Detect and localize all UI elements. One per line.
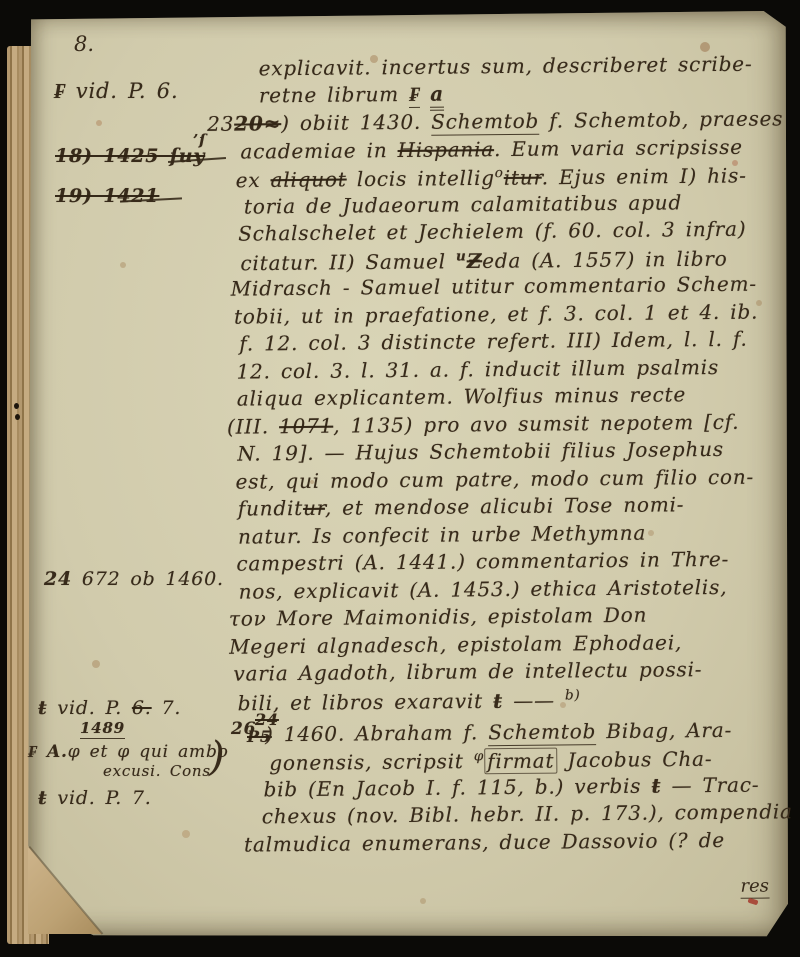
text-segment: aliquot [270, 167, 346, 192]
text-segment: chexus (nov. Bibl. hebr. II. p. 173.), c… [262, 799, 793, 828]
text-segment: 23 [207, 112, 234, 136]
text-segment: gonensis, scripsit [269, 749, 474, 775]
text-segment: ₣ [409, 82, 420, 108]
text-segment: Jacobus Cha- [557, 747, 712, 772]
text-segment: (III. [227, 414, 279, 438]
text-segment: u [456, 248, 467, 264]
text-segment: o [495, 165, 504, 181]
text-segment: natur. Is confecit in urbe Methymna [238, 521, 646, 549]
manuscript-line: Schalschelet et Jechielem (f. 60. col. 3… [238, 219, 746, 245]
text-segment: varia Agadoth, librum de intellectu poss… [233, 657, 702, 685]
manuscript-line: explicavit. incertus sum, describeret sc… [259, 54, 753, 80]
text-segment: Hispania [398, 137, 495, 162]
text-segment: Schalschelet et Jechielem (f. 60. col. 3… [238, 217, 746, 246]
text-segment: τον More Maimonidis, epistolam Don [229, 603, 648, 631]
manuscript-line: f. 12. col. 3 distincte refert. III) Ide… [239, 329, 747, 355]
manuscript-line: 2320≈) obiit 1430. Schemtob f. Schemtob,… [207, 108, 783, 135]
manuscript-line: bib (En Jacob I. f. 115, b.) verbis ŧ — … [263, 775, 759, 801]
text-segment: locis intellig [347, 166, 495, 191]
manuscript-line: Megeri algnadesch, epistolam Ephodaei, [229, 632, 682, 657]
text-segment: bili, et libros exaravit [238, 689, 494, 715]
text-segment: b) [565, 687, 581, 703]
manuscript-line: funditur, et mendose alicubi Tose nomi- [238, 494, 685, 519]
manuscript-line: tobii, ut in praefatione, et f. 3. col. … [234, 302, 758, 328]
manuscript-line: Midrasch - Samuel utitur commentario Sch… [231, 274, 757, 300]
manuscript-text-block: res explicavit. incertus sum, describere… [0, 0, 800, 957]
manuscript-line: gonensis, scripsit φfirmat Jacobus Cha- [269, 747, 712, 774]
manuscript-line: toria de Judaeorum calamitatibus apud [244, 192, 682, 217]
catchword: res [740, 876, 769, 899]
text-segment: campestri (A. 1441.) commentarios in Thr… [236, 547, 729, 576]
text-segment: Schemtob [431, 109, 539, 136]
text-segment: —— [503, 688, 565, 713]
manuscript-line: varia Agadoth, librum de intellectu poss… [233, 659, 702, 684]
text-segment: a [430, 82, 444, 111]
ink-dot [14, 403, 19, 409]
text-segment: bib (En Jacob I. f. 115, b.) verbis [263, 774, 651, 802]
manuscript-line: academiae in Hispania. Eum varia scripsi… [240, 137, 743, 163]
text-segment: tobii, ut in praefatione, et f. 3. col. … [234, 300, 758, 329]
manuscript-line: natur. Is confecit in urbe Methymna [238, 523, 646, 548]
text-segment: Ƶ [467, 249, 483, 273]
text-segment: nos, explicavit (A. 1453.) ethica Aristo… [239, 575, 728, 604]
text-segment: firmat [484, 747, 557, 774]
text-segment: ex [236, 168, 271, 192]
text-segment: toria de Judaeorum calamitatibus apud [244, 190, 682, 218]
text-segment: eda (A. 1557) in libro [482, 247, 728, 273]
text-segment: academiae in [240, 138, 397, 164]
text-segment: N. 19]. — Hujus Schemtobii filius Joseph… [237, 437, 724, 466]
scanned-manuscript: 8. ₣ vid. P. 6.18) 1425 ſuy’ſ19) 142124 … [0, 0, 800, 957]
text-segment: 1071 [279, 414, 333, 439]
text-segment: ŧ [651, 774, 661, 798]
text-segment: Bibag, Ara- [596, 718, 732, 743]
text-segment: Midrasch - Samuel utitur commentario Sch… [231, 272, 757, 301]
text-segment: ) obiit 1430. [281, 110, 431, 135]
ink-dot [15, 414, 20, 420]
manuscript-line: talmudica enumerans, duce Dassovio (? de [244, 830, 725, 856]
manuscript-line: retne librum ₣ a [259, 84, 444, 107]
manuscript-line: citatur. II) Samuel uƵeda (A. 1557) in l… [240, 247, 727, 274]
text-segment: est, qui modo cum patre, modo cum filio … [235, 465, 754, 494]
text-segment: retne librum [259, 82, 410, 107]
text-segment: , 1135) pro avo sumsit nepotem [cf. [333, 410, 739, 438]
text-segment [420, 82, 430, 106]
text-segment: ) 1460. Abraham f. [265, 720, 488, 746]
text-segment: φ [474, 748, 484, 764]
text-segment: citatur. II) Samuel [240, 249, 456, 275]
text-segment: f. 12. col. 3 distincte refert. III) Ide… [239, 327, 748, 356]
text-segment: talmudica enumerans, duce Dassovio (? de [244, 828, 725, 857]
text-segment: 12. col. 3. l. 31. a. f. inducit illum p… [236, 355, 719, 384]
text-segment: — Trac- [661, 773, 759, 798]
manuscript-line: est, qui modo cum patre, modo cum filio … [235, 467, 754, 493]
manuscript-line: ex aliquot locis intelligoitur. Ejus eni… [236, 164, 747, 192]
manuscript-line: campestri (A. 1441.) commentarios in Thr… [236, 549, 729, 575]
text-segment: ur [303, 496, 325, 520]
manuscript-line: ) 1460. Abraham f. Schemtob Bibag, Ara- [265, 720, 732, 745]
text-segment: . Eum varia scripsisse [494, 135, 743, 161]
manuscript-line: chexus (nov. Bibl. hebr. II. p. 173.), c… [262, 801, 793, 827]
manuscript-line: τον More Maimonidis, epistolam Don [229, 605, 648, 630]
text-segment: aliqua explicantem. Wolfius minus recte [237, 382, 687, 410]
text-segment: , et mendose alicubi Tose nomi- [325, 492, 685, 519]
manuscript-line: N. 19]. — Hujus Schemtobii filius Joseph… [237, 439, 724, 465]
text-segment: explicavit. incertus sum, describeret sc… [259, 52, 753, 81]
text-segment: itur [504, 165, 542, 189]
text-segment: 20≈ [234, 111, 281, 135]
manuscript-line: bili, et libros exaravit ŧ —— b) [238, 688, 581, 714]
manuscript-line: aliqua explicantem. Wolfius minus recte [237, 384, 686, 409]
text-segment: . Ejus enim I) his- [542, 163, 747, 189]
manuscript-line: nos, explicavit (A. 1453.) ethica Aristo… [239, 577, 728, 603]
manuscript-line: (III. 1071, 1135) pro avo sumsit nepotem… [227, 412, 739, 438]
text-segment: f. Schemtob, praeses [539, 106, 783, 132]
text-segment: fundit [238, 496, 303, 521]
text-segment: Megeri algnadesch, epistolam Ephodaei, [229, 630, 682, 658]
text-segment: Schemtob [488, 719, 596, 746]
manuscript-line: 12. col. 3. l. 31. a. f. inducit illum p… [236, 357, 719, 383]
